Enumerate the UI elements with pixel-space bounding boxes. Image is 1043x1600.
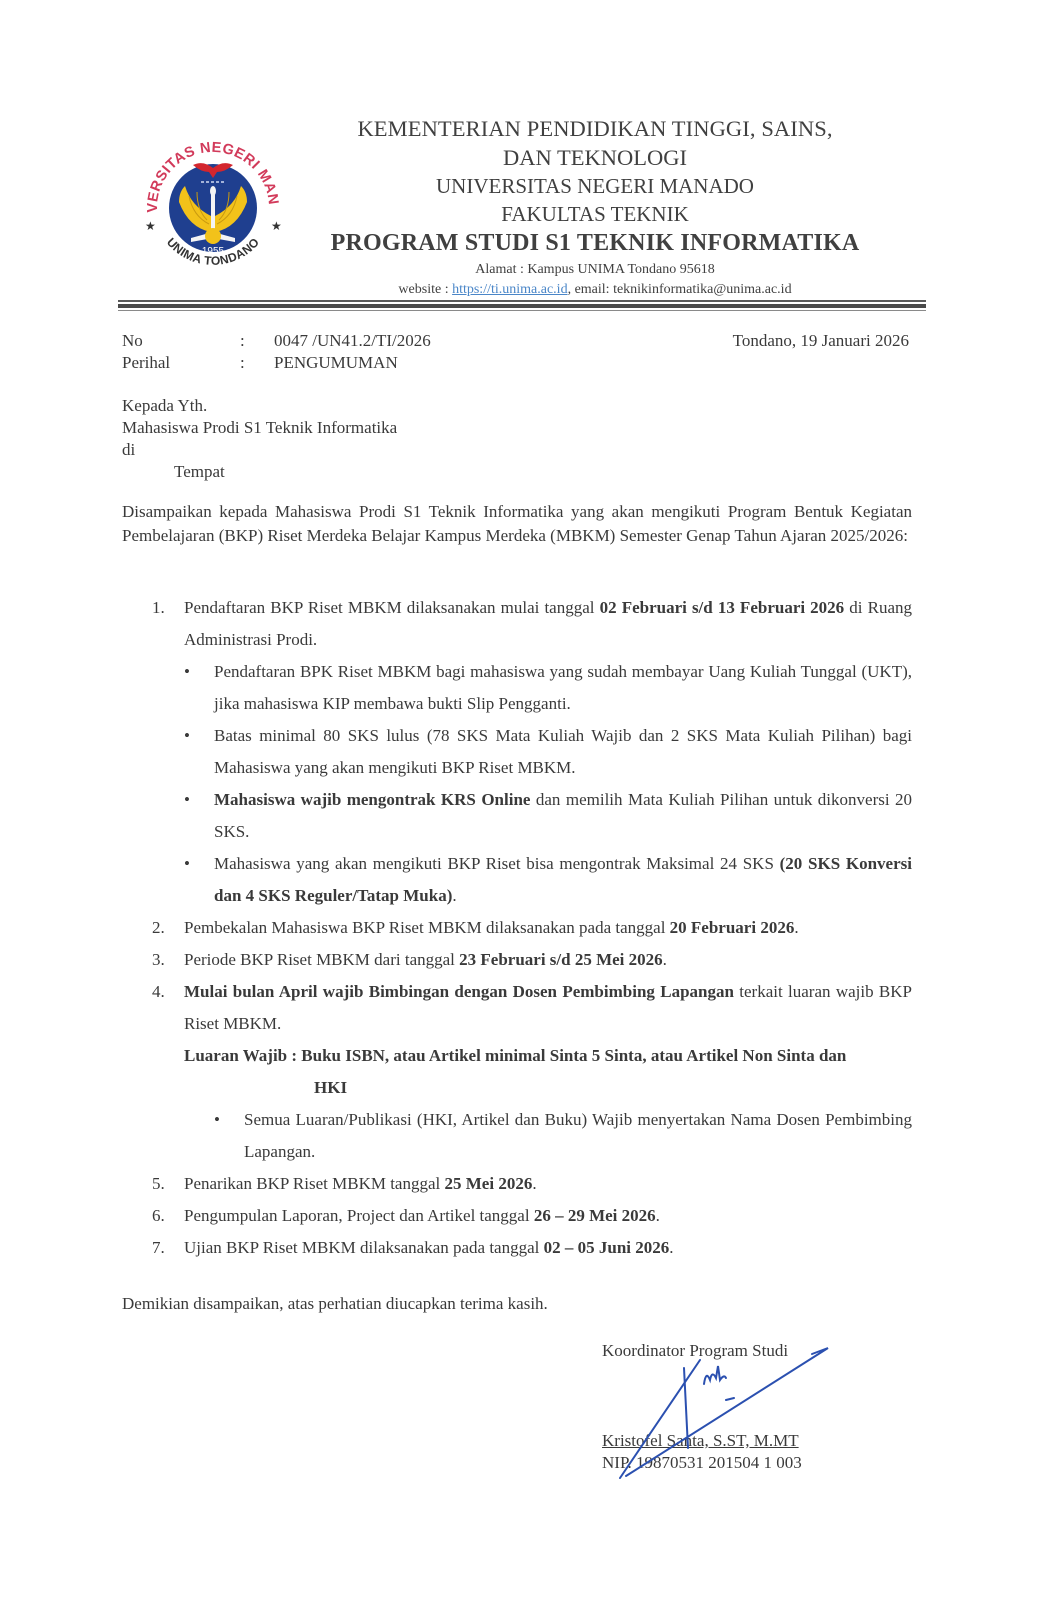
program-name: PROGRAM STUDI S1 TEKNIK INFORMATIKA	[330, 228, 860, 258]
closing-sentence: Demikian disampaikan, atas perhatian diu…	[122, 1293, 548, 1315]
no-label: No	[122, 330, 240, 352]
list-item-4: 4. Mulai bulan April wajib Bimbingan den…	[122, 976, 912, 1040]
list-item-2: 2. Pembekalan Mahasiswa BKP Riset MBKM d…	[122, 912, 912, 944]
perihal-label: Perihal	[122, 352, 240, 374]
item-bold: 25 Mei 2026	[445, 1174, 533, 1193]
ministry-name-cont: DAN TEKNOLOGI	[330, 144, 860, 172]
signature-block: Koordinator Program Studi Kristofel Sant…	[602, 1340, 842, 1474]
bullet-text: Pendaftaran BPK Riset MBKM bagi mahasisw…	[214, 662, 912, 713]
list-item-5: 5. Penarikan BKP Riset MBKM tanggal 25 M…	[122, 1168, 912, 1200]
letterhead-divider-thin	[118, 310, 926, 311]
svg-text:★: ★	[145, 219, 156, 233]
letterhead-divider-thick	[118, 304, 926, 308]
bullet-text-after: .	[452, 886, 456, 905]
item-text: Pengumpulan Laporan, Project dan Artikel…	[184, 1206, 534, 1225]
bullet-icon: •	[214, 1104, 220, 1136]
bullet-text: Semua Luaran/Publikasi (HKI, Artikel dan…	[244, 1110, 912, 1161]
sub-bullet: • Semua Luaran/Publikasi (HKI, Artikel d…	[122, 1104, 912, 1168]
item-after: .	[663, 950, 667, 969]
sub-bullet: • Batas minimal 80 SKS lulus (78 SKS Mat…	[122, 720, 912, 784]
bullet-icon: •	[184, 784, 190, 816]
signatory-name: Kristofel Santa, S.ST, M.MT	[602, 1430, 842, 1452]
item-number: 7.	[152, 1232, 165, 1264]
bullet-icon: •	[184, 720, 190, 752]
website-label: website :	[398, 282, 452, 297]
letter-subject: PENGUMUMAN	[274, 352, 398, 374]
required-outputs-text: Luaran Wajib : Buku ISBN, atau Artikel m…	[184, 1046, 846, 1065]
bullet-text: Batas minimal 80 SKS lulus (78 SKS Mata …	[214, 726, 912, 777]
bullet-bold: Mahasiswa wajib mengontrak KRS Online	[214, 790, 530, 809]
item-number: 1.	[152, 592, 165, 624]
item-bold: 26 – 29 Mei 2026	[534, 1206, 656, 1225]
university-name: UNIVERSITAS NEGERI MANADO	[330, 172, 860, 200]
intro-paragraph: Disampaikan kepada Mahasiswa Prodi S1 Te…	[122, 500, 912, 547]
item-bold: 02 Februari s/d 13 Februari 2026	[600, 598, 845, 617]
item-bold: 02 – 05 Juni 2026	[544, 1238, 670, 1257]
svg-text:★: ★	[271, 219, 282, 233]
list-item-3: 3. Periode BKP Riset MBKM dari tanggal 2…	[122, 944, 912, 976]
no-separator: :	[240, 330, 274, 352]
letterhead: KEMENTERIAN PENDIDIKAN TINGGI, SAINS, DA…	[330, 114, 860, 300]
ministry-name: KEMENTERIAN PENDIDIKAN TINGGI, SAINS,	[330, 114, 860, 144]
recipient-place: Tempat	[122, 461, 397, 483]
recipient-salutation: Kepada Yth.	[122, 395, 397, 417]
perihal-separator: :	[240, 352, 274, 374]
item-after: .	[669, 1238, 673, 1257]
signatory-title: Koordinator Program Studi	[602, 1340, 842, 1362]
letterhead-divider	[118, 300, 926, 302]
item-text: Pendaftaran BKP Riset MBKM dilaksanakan …	[184, 598, 600, 617]
letter-meta: No : 0047 /UN41.2/TI/2026 Perihal : PENG…	[122, 330, 431, 374]
sub-bullet: • Mahasiswa yang akan mengikuti BKP Rise…	[122, 848, 912, 912]
announcement-list: 1. Pendaftaran BKP Riset MBKM dilaksanak…	[122, 592, 912, 1264]
recipient-block: Kepada Yth. Mahasiswa Prodi S1 Teknik In…	[122, 395, 397, 483]
letter-number: 0047 /UN41.2/TI/2026	[274, 330, 431, 352]
letter-page: UNIVERSITAS NEGERI MANADO 1955 ★ ★ UNIMA…	[0, 0, 1043, 1600]
contact-line: website : https://ti.unima.ac.id, email:…	[330, 280, 860, 300]
sub-bullet: • Mahasiswa wajib mengontrak KRS Online …	[122, 784, 912, 848]
item-after: .	[532, 1174, 536, 1193]
recipient-name: Mahasiswa Prodi S1 Teknik Informatika	[122, 417, 397, 439]
item-number: 5.	[152, 1168, 165, 1200]
faculty-name: FAKULTAS TEKNIK	[330, 200, 860, 228]
item-bold: Mulai bulan April wajib Bimbingan dengan…	[184, 982, 734, 1001]
list-item-6: 6. Pengumpulan Laporan, Project dan Arti…	[122, 1200, 912, 1232]
recipient-di: di	[122, 439, 397, 461]
item-after: .	[656, 1206, 660, 1225]
email-text: , email: teknikinformatika@unima.ac.id	[568, 282, 792, 297]
list-item-1: 1. Pendaftaran BKP Riset MBKM dilaksanak…	[122, 592, 912, 656]
item-text: Penarikan BKP Riset MBKM tanggal	[184, 1174, 445, 1193]
bullet-icon: •	[184, 656, 190, 688]
item-number: 6.	[152, 1200, 165, 1232]
item-text: Pembekalan Mahasiswa BKP Riset MBKM dila…	[184, 918, 670, 937]
required-outputs: Luaran Wajib : Buku ISBN, atau Artikel m…	[122, 1040, 912, 1104]
item-number: 3.	[152, 944, 165, 976]
required-outputs-tail: HKI	[184, 1072, 912, 1104]
item-bold: 20 Februari 2026	[670, 918, 795, 937]
bullet-text: Mahasiswa yang akan mengikuti BKP Riset …	[214, 854, 780, 873]
item-after: .	[794, 918, 798, 937]
item-number: 2.	[152, 912, 165, 944]
sub-bullet: • Pendaftaran BPK Riset MBKM bagi mahasi…	[122, 656, 912, 720]
item-text: Ujian BKP Riset MBKM dilaksanakan pada t…	[184, 1238, 544, 1257]
bullet-icon: •	[184, 848, 190, 880]
place-date: Tondano, 19 Januari 2026	[733, 330, 909, 352]
address: Alamat : Kampus UNIMA Tondano 95618	[330, 260, 860, 280]
website-link[interactable]: https://ti.unima.ac.id	[452, 282, 568, 297]
item-text: Periode BKP Riset MBKM dari tanggal	[184, 950, 459, 969]
signatory-nip: NIP. 19870531 201504 1 003	[602, 1452, 842, 1474]
item-number: 4.	[152, 976, 165, 1008]
item-bold: 23 Februari s/d 25 Mei 2026	[459, 950, 663, 969]
list-item-7: 7. Ujian BKP Riset MBKM dilaksanakan pad…	[122, 1232, 912, 1264]
university-logo-icon: UNIVERSITAS NEGERI MANADO 1955 ★ ★ UNIMA…	[135, 120, 290, 285]
